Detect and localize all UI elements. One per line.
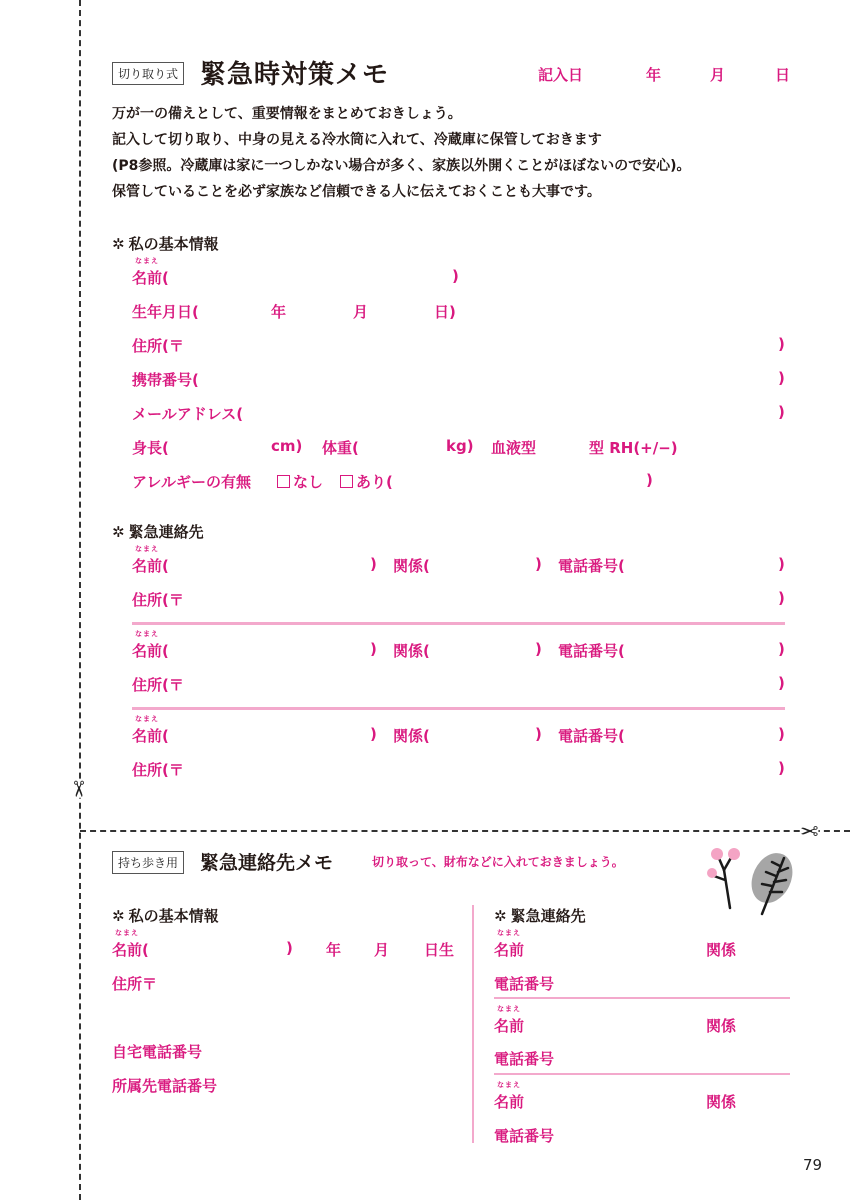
allergy-none-option[interactable]: なし — [277, 471, 323, 492]
email-label[interactable]: メールアドレス( — [132, 403, 243, 424]
contact-relation-field[interactable]: 関係( — [393, 725, 430, 746]
paren-close: ) — [535, 640, 542, 658]
name-ruby: なまえ — [494, 1080, 524, 1090]
wallet-contact-relation-field[interactable]: 関係 — [706, 1015, 736, 1036]
contact-name-field[interactable]: なまえ名前( — [132, 725, 169, 746]
name-ruby: なまえ — [494, 928, 524, 938]
wallet-birth-month: 月 — [374, 939, 389, 960]
vertical-cut-line — [79, 0, 81, 1200]
wallet-basic-info-heading: ✲私の基本情報 — [112, 905, 219, 926]
carry-tag: 持ち歩き用 — [112, 851, 184, 874]
emergency-contacts-heading: ✲緊急連絡先 — [112, 521, 204, 542]
paren-close: ) — [778, 589, 785, 607]
paren-close: ) — [778, 674, 785, 692]
contact-phone-field[interactable]: 電話番号( — [558, 725, 625, 746]
paren-close: ) — [370, 640, 377, 658]
allergy-label: アレルギーの有無 — [132, 471, 251, 492]
contact-phone-field[interactable]: 電話番号( — [558, 555, 625, 576]
name-label: なまえ名前 — [132, 267, 162, 288]
plant-illustration-icon — [700, 840, 800, 920]
flower-icon: ✲ — [112, 523, 125, 541]
paren-close: ) — [778, 759, 785, 777]
basic-info-heading: ✲私の基本情報 — [112, 233, 219, 254]
contact-name-field[interactable]: なまえ名前( — [132, 640, 169, 661]
address-label[interactable]: 住所(〒 — [132, 335, 184, 356]
wallet-work-phone-field[interactable]: 所属先電話番号 — [112, 1075, 217, 1096]
name-ruby: なまえ — [112, 928, 142, 938]
blood-type-rh: 型 RH(+/−) — [589, 437, 678, 458]
name-ruby: なまえ — [132, 629, 162, 639]
date-year-label: 年 — [646, 64, 661, 85]
paren-close: ) — [778, 640, 785, 658]
name-close-paren: ) — [452, 267, 459, 285]
checkbox-yes[interactable] — [340, 475, 353, 488]
wallet-contact-name-field[interactable]: なまえ名前 — [494, 1015, 524, 1036]
column-divider — [472, 905, 474, 1143]
paren-close: ) — [370, 555, 377, 573]
birth-month-label: 月 — [353, 301, 368, 322]
paren-close: ) — [535, 555, 542, 573]
email-close-paren: ) — [778, 403, 785, 421]
wallet-contact-relation-field[interactable]: 関係 — [706, 939, 736, 960]
contact-relation-field[interactable]: 関係( — [393, 640, 430, 661]
name-field[interactable]: なまえ名前( — [132, 267, 169, 288]
intro-line: (P8参照。冷蔵庫は家に一つしかない場合が多く、家族以外開くことがほぼないので安… — [112, 155, 691, 175]
address-close-paren: ) — [778, 335, 785, 353]
paren-close: ) — [778, 555, 785, 573]
wallet-contact-phone-field[interactable]: 電話番号 — [494, 973, 554, 994]
allergy-yes-option[interactable]: あり( — [340, 471, 393, 492]
wallet-home-phone-field[interactable]: 自宅電話番号 — [112, 1041, 202, 1062]
paren-close: ) — [778, 725, 785, 743]
date-day-label: 日 — [775, 64, 790, 85]
name-ruby: なまえ — [494, 1004, 524, 1014]
birth-year-label: 年 — [271, 301, 286, 322]
paren-close: ) — [535, 725, 542, 743]
divider — [132, 622, 785, 625]
horizontal-cut-line — [80, 830, 850, 832]
divider — [132, 707, 785, 710]
allergy-close-paren: ) — [646, 471, 653, 489]
name-ruby: なまえ — [132, 256, 162, 266]
birthdate-label[interactable]: 生年月日( — [132, 301, 199, 322]
wallet-birth-day: 日生 — [424, 939, 454, 960]
wallet-name-field[interactable]: なまえ名前( — [112, 939, 149, 960]
contact-address-field[interactable]: 住所(〒 — [132, 759, 184, 780]
date-label: 記入日 — [538, 64, 583, 85]
wallet-card-subtitle: 切り取って、財布などに入れておきましょう。 — [372, 853, 624, 870]
intro-line: 記入して切り取り、中身の見える冷水筒に入れて、冷蔵庫に保管しておきます — [112, 129, 602, 149]
cut-out-tag: 切り取り式 — [112, 62, 184, 85]
birth-day-label: 日) — [434, 301, 456, 322]
flower-icon: ✲ — [494, 907, 507, 925]
weight-label[interactable]: 体重( — [322, 437, 359, 458]
scissors-icon: ✂ — [66, 780, 88, 798]
wallet-contact-name-field[interactable]: なまえ名前 — [494, 1091, 524, 1112]
page-title: 緊急時対策メモ — [200, 54, 389, 91]
contact-address-field[interactable]: 住所(〒 — [132, 589, 184, 610]
intro-line: 保管していることを必ず家族など信頼できる人に伝えておくことも大事です。 — [112, 181, 601, 201]
mobile-close-paren: ) — [778, 369, 785, 387]
wallet-address-field[interactable]: 住所〒 — [112, 973, 157, 994]
paren-close: ) — [286, 939, 293, 957]
checkbox-none[interactable] — [277, 475, 290, 488]
blood-type-label[interactable]: 血液型 — [491, 437, 536, 458]
name-ruby: なまえ — [132, 714, 162, 724]
scissors-icon: ✂ — [800, 818, 818, 840]
wallet-emergency-heading: ✲緊急連絡先 — [494, 905, 586, 926]
wallet-contact-name-field[interactable]: なまえ名前 — [494, 939, 524, 960]
wallet-contact-phone-field[interactable]: 電話番号 — [494, 1048, 554, 1069]
height-label[interactable]: 身長( — [132, 437, 169, 458]
flower-icon: ✲ — [112, 907, 125, 925]
wallet-contact-phone-field[interactable]: 電話番号 — [494, 1125, 554, 1146]
divider — [494, 1073, 790, 1075]
contact-name-field[interactable]: なまえ名前( — [132, 555, 169, 576]
flower-icon: ✲ — [112, 235, 125, 253]
contact-relation-field[interactable]: 関係( — [393, 555, 430, 576]
divider — [494, 997, 790, 999]
name-ruby: なまえ — [132, 544, 162, 554]
date-month-label: 月 — [710, 64, 725, 85]
wallet-birth-year: 年 — [326, 939, 341, 960]
weight-unit: kg) — [446, 437, 474, 455]
contact-address-field[interactable]: 住所(〒 — [132, 674, 184, 695]
intro-line: 万が一の備えとして、重要情報をまとめておきしょう。 — [112, 103, 462, 123]
paren-close: ) — [370, 725, 377, 743]
wallet-contact-relation-field[interactable]: 関係 — [706, 1091, 736, 1112]
mobile-label[interactable]: 携帯番号( — [132, 369, 199, 390]
height-unit: cm) — [271, 437, 302, 455]
page-number: 79 — [803, 1156, 822, 1174]
wallet-card-title: 緊急連絡先メモ — [200, 848, 333, 875]
contact-phone-field[interactable]: 電話番号( — [558, 640, 625, 661]
